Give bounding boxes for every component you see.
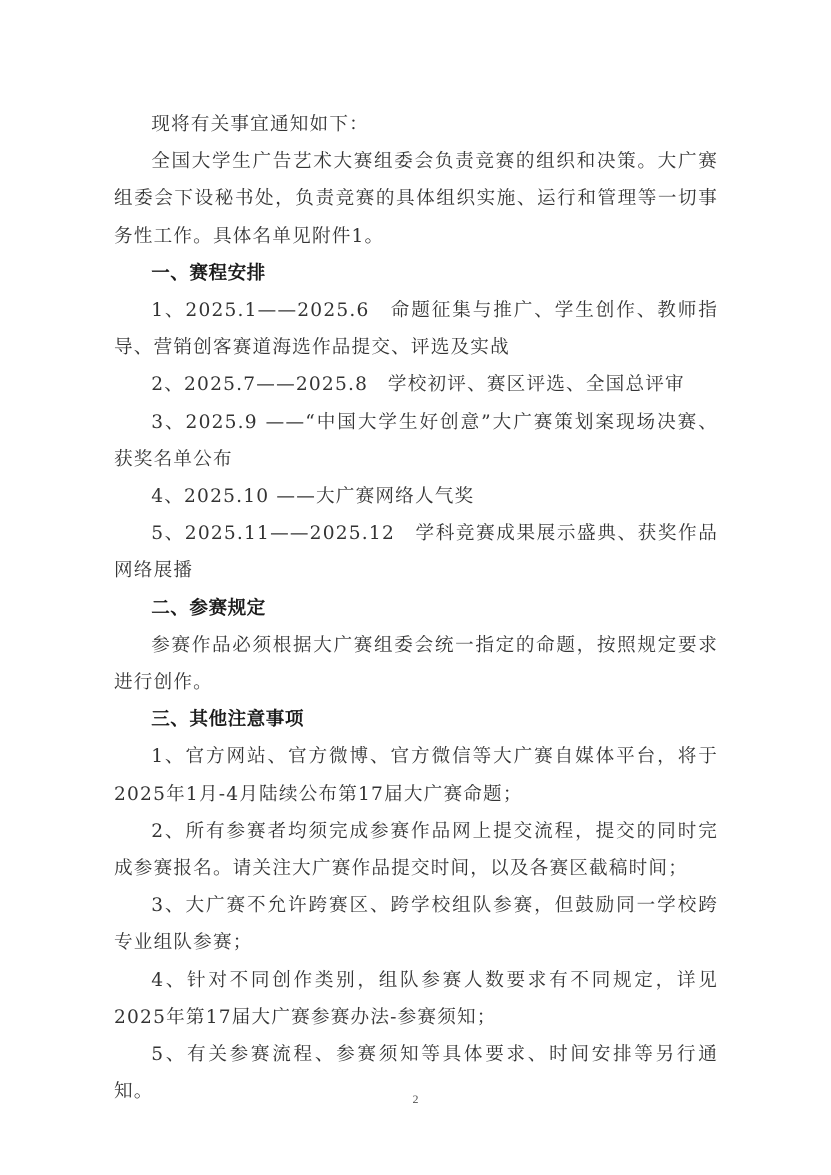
section-heading-notes: 三、其他注意事项 — [114, 701, 718, 738]
schedule-item-2: 2、2025.7——2025.8 学校初评、赛区评选、全国总评审 — [114, 366, 718, 403]
page-number: 2 — [0, 1092, 831, 1107]
schedule-item-5: 5、2025.11——2025.12 学科竞赛成果展示盛典、获奖作品网络展播 — [114, 515, 718, 589]
note-item-2: 2、所有参赛者均须完成参赛作品网上提交流程，提交的同时完成参赛报名。请关注大广赛… — [114, 813, 718, 887]
schedule-item-3: 3、2025.9 ——“中国大学生好创意”大广赛策划案现场决赛、获奖名单公布 — [114, 404, 718, 478]
note-item-4: 4、针对不同创作类别，组队参赛人数要求有不同规定，详见2025年第17届大广赛参… — [114, 962, 718, 1036]
schedule-item-4: 4、2025.10 ——大广赛网络人气奖 — [114, 478, 718, 515]
schedule-item-1: 1、2025.1——2025.6 命题征集与推广、学生创作、教师指导、营销创客赛… — [114, 292, 718, 366]
section-heading-rules: 二、参赛规定 — [114, 590, 718, 627]
document-page: 现将有关事宜通知如下： 全国大学生广告艺术大赛组委会负责竞赛的组织和决策。大广赛… — [114, 106, 718, 1110]
intro-paragraph: 现将有关事宜通知如下： — [114, 106, 718, 143]
rules-paragraph: 参赛作品必须根据大广赛组委会统一指定的命题，按照规定要求进行创作。 — [114, 627, 718, 701]
note-item-1: 1、官方网站、官方微博、官方微信等大广赛自媒体平台，将于2025年1月-4月陆续… — [114, 738, 718, 812]
organizing-committee-paragraph: 全国大学生广告艺术大赛组委会负责竞赛的组织和决策。大广赛组委会下设秘书处，负责竞… — [114, 143, 718, 255]
section-heading-schedule: 一、赛程安排 — [114, 255, 718, 292]
note-item-3: 3、大广赛不允许跨赛区、跨学校组队参赛，但鼓励同一学校跨专业组队参赛； — [114, 887, 718, 961]
